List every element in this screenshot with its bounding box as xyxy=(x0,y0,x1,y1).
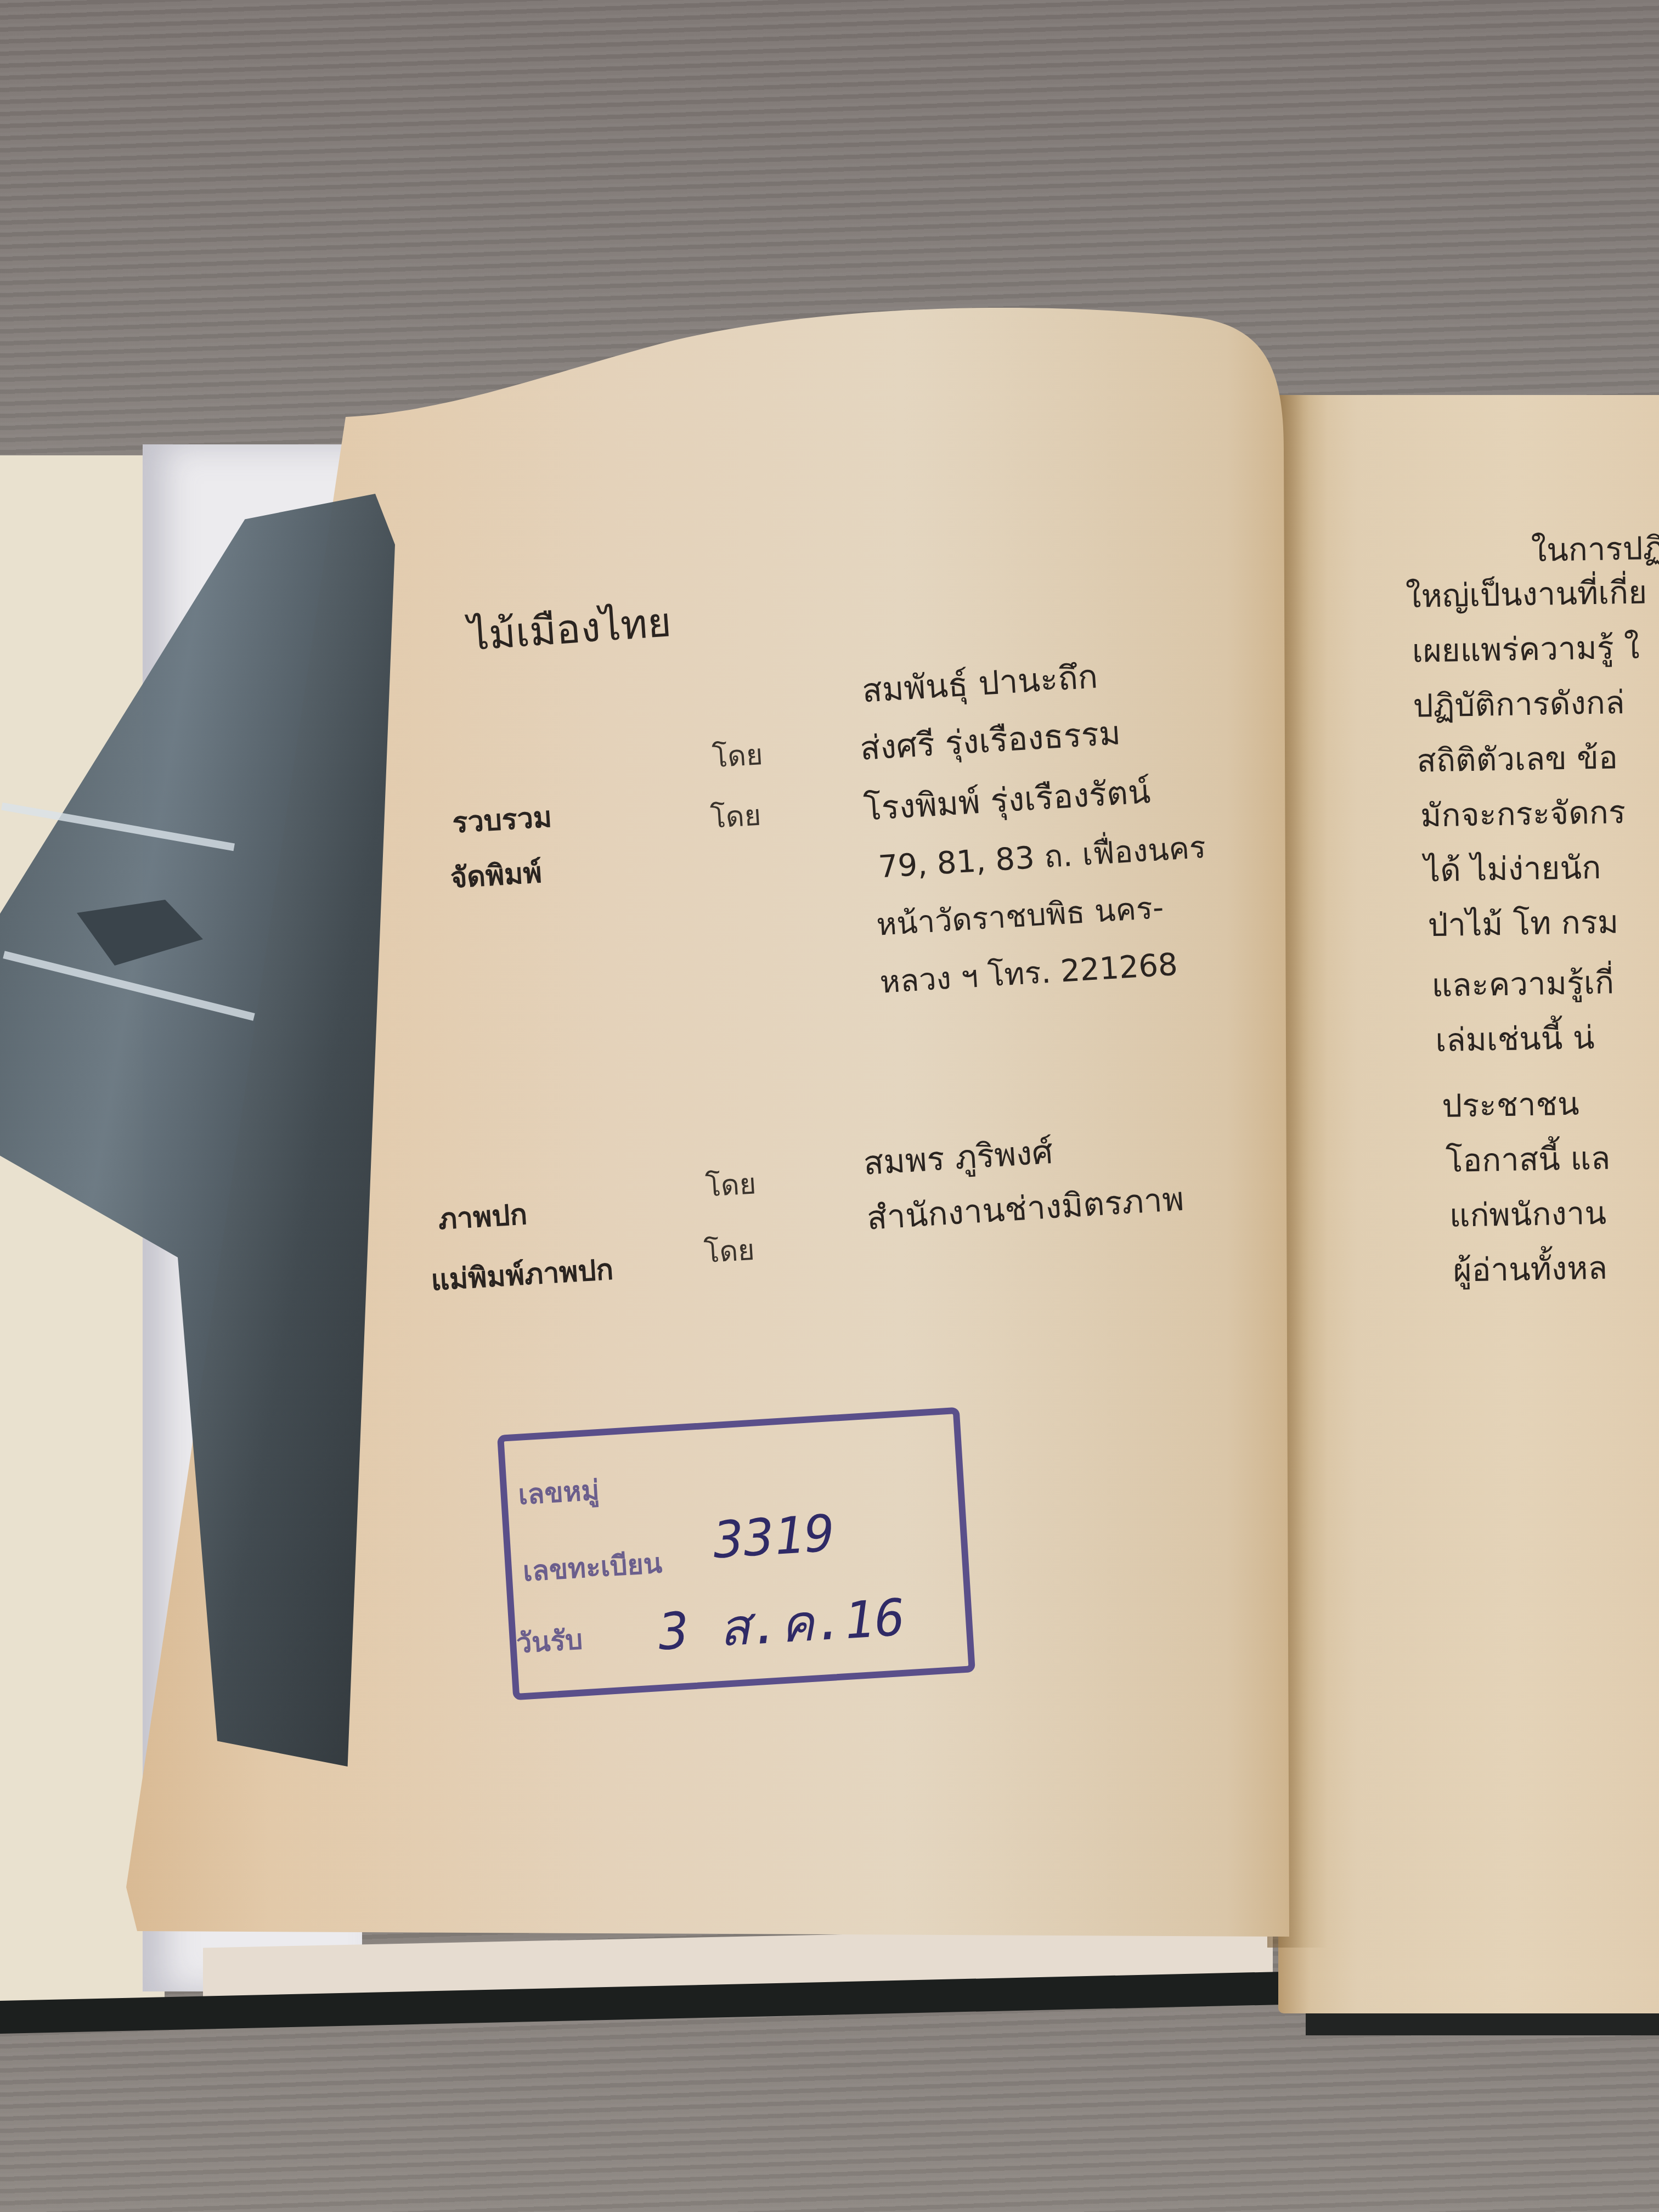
text-line: ผู้อ่านทั้งหล xyxy=(1453,1242,1608,1296)
compiler-name-2: ส่งศรี รุ่งเรืองธรรม xyxy=(859,707,1122,775)
stamp-call-number-label: เลขหมู่ xyxy=(517,1469,600,1517)
printer-address-line: 79, 81, 83 ถ. เฟื่องนคร xyxy=(877,822,1207,891)
text-line: ป่าไม้ โท กรม xyxy=(1427,896,1619,950)
library-stamp: เลขหมู่ เลขทะเบียน 3319 วันรับ 3 ส.ค.16 xyxy=(497,1407,975,1701)
printer-name: โรงพิมพ์ รุ่งเรืองรัตน์ xyxy=(862,765,1152,835)
printer-address-line: หลวง ฯ โทร. 221268 xyxy=(878,940,1179,1007)
text-line: มักจะกระจัดกร xyxy=(1420,786,1626,841)
text-line: สถิติตัวเลข ข้อ xyxy=(1417,731,1618,786)
cover-artist-name: สมพร ภูริพงศ์ xyxy=(862,1126,1054,1189)
printer-address-line: หน้าวัดราชบพิธ นคร- xyxy=(875,883,1165,949)
by-label: โดย xyxy=(703,1227,756,1275)
role-cover-art: ภาพปก xyxy=(437,1191,528,1242)
stamp-registration-label: เลขทะเบียน xyxy=(522,1542,663,1593)
text-line: เผยแพร่ความรู้ ใ xyxy=(1412,622,1640,676)
text-line: และความรู้เกี่ xyxy=(1431,956,1615,1011)
text-line: โอกาสนี้ แล xyxy=(1445,1132,1611,1186)
text-line: แก่พนักงาน xyxy=(1449,1187,1607,1241)
text-line: เล่มเช่นนี้ น่ xyxy=(1435,1012,1595,1065)
role-printed: จัดพิมพ์ xyxy=(449,849,543,900)
role-compiled: รวบรวม xyxy=(451,794,553,845)
stamp-received-value: 3 ส.ค.16 xyxy=(656,1577,907,1672)
text-line: ประชาชน xyxy=(1442,1078,1580,1131)
text-line: ใหญ่เป็นงานที่เกี่ย xyxy=(1405,566,1647,622)
by-label: โดย xyxy=(704,1160,757,1209)
by-label: โดย xyxy=(709,792,762,840)
text-line: ได้ ไม่ง่ายนัก xyxy=(1424,842,1601,896)
stamp-received-label: วันรับ xyxy=(515,1618,584,1665)
stamp-registration-value: 3319 xyxy=(712,1504,837,1570)
by-label: โดย xyxy=(711,731,764,780)
text-line: ปฏิบัติการดังกล่ xyxy=(1413,676,1625,731)
credits-block: สมพันธุ์ ปานะถึก โดย ส่งศรี รุ่งเรืองธรร… xyxy=(428,641,1291,1375)
